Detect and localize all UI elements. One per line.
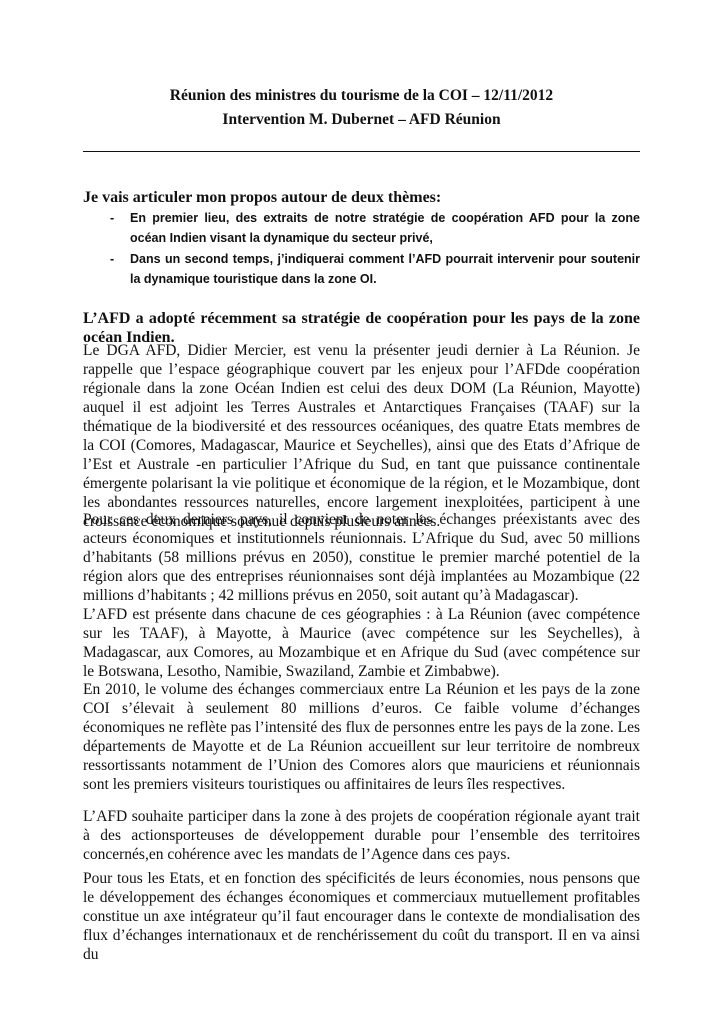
paragraph: En 2010, le volume des échanges commerci…	[83, 680, 640, 794]
list-item-text: Dans un second temps, j’indiquerai comme…	[130, 252, 640, 286]
list-item: - Dans un second temps, j’indiquerai com…	[110, 249, 640, 289]
document-title: Réunion des ministres du tourisme de la …	[83, 87, 640, 105]
header-divider	[83, 151, 640, 152]
paragraph: L’AFD souhaite participer dans la zone à…	[83, 807, 640, 864]
paragraph: L’AFD est présente dans chacune de ces g…	[83, 605, 640, 681]
bullet-dash: -	[110, 249, 114, 269]
list-item-text: En premier lieu, des extraits de notre s…	[130, 211, 640, 245]
paragraph: Le DGA AFD, Didier Mercier, est venu la …	[83, 341, 640, 531]
paragraph: Pour tous les Etats, et en fonction des …	[83, 869, 640, 964]
intro-heading: Je vais articuler mon propos autour de d…	[83, 188, 640, 207]
document-page: Réunion des ministres du tourisme de la …	[0, 0, 724, 1024]
themes-list: - En premier lieu, des extraits de notre…	[110, 208, 640, 290]
list-item: - En premier lieu, des extraits de notre…	[110, 208, 640, 248]
document-subtitle: Intervention M. Dubernet – AFD Réunion	[83, 111, 640, 129]
bullet-dash: -	[110, 208, 114, 228]
paragraph: Pour ces deux derniers pays, il convient…	[83, 510, 640, 605]
